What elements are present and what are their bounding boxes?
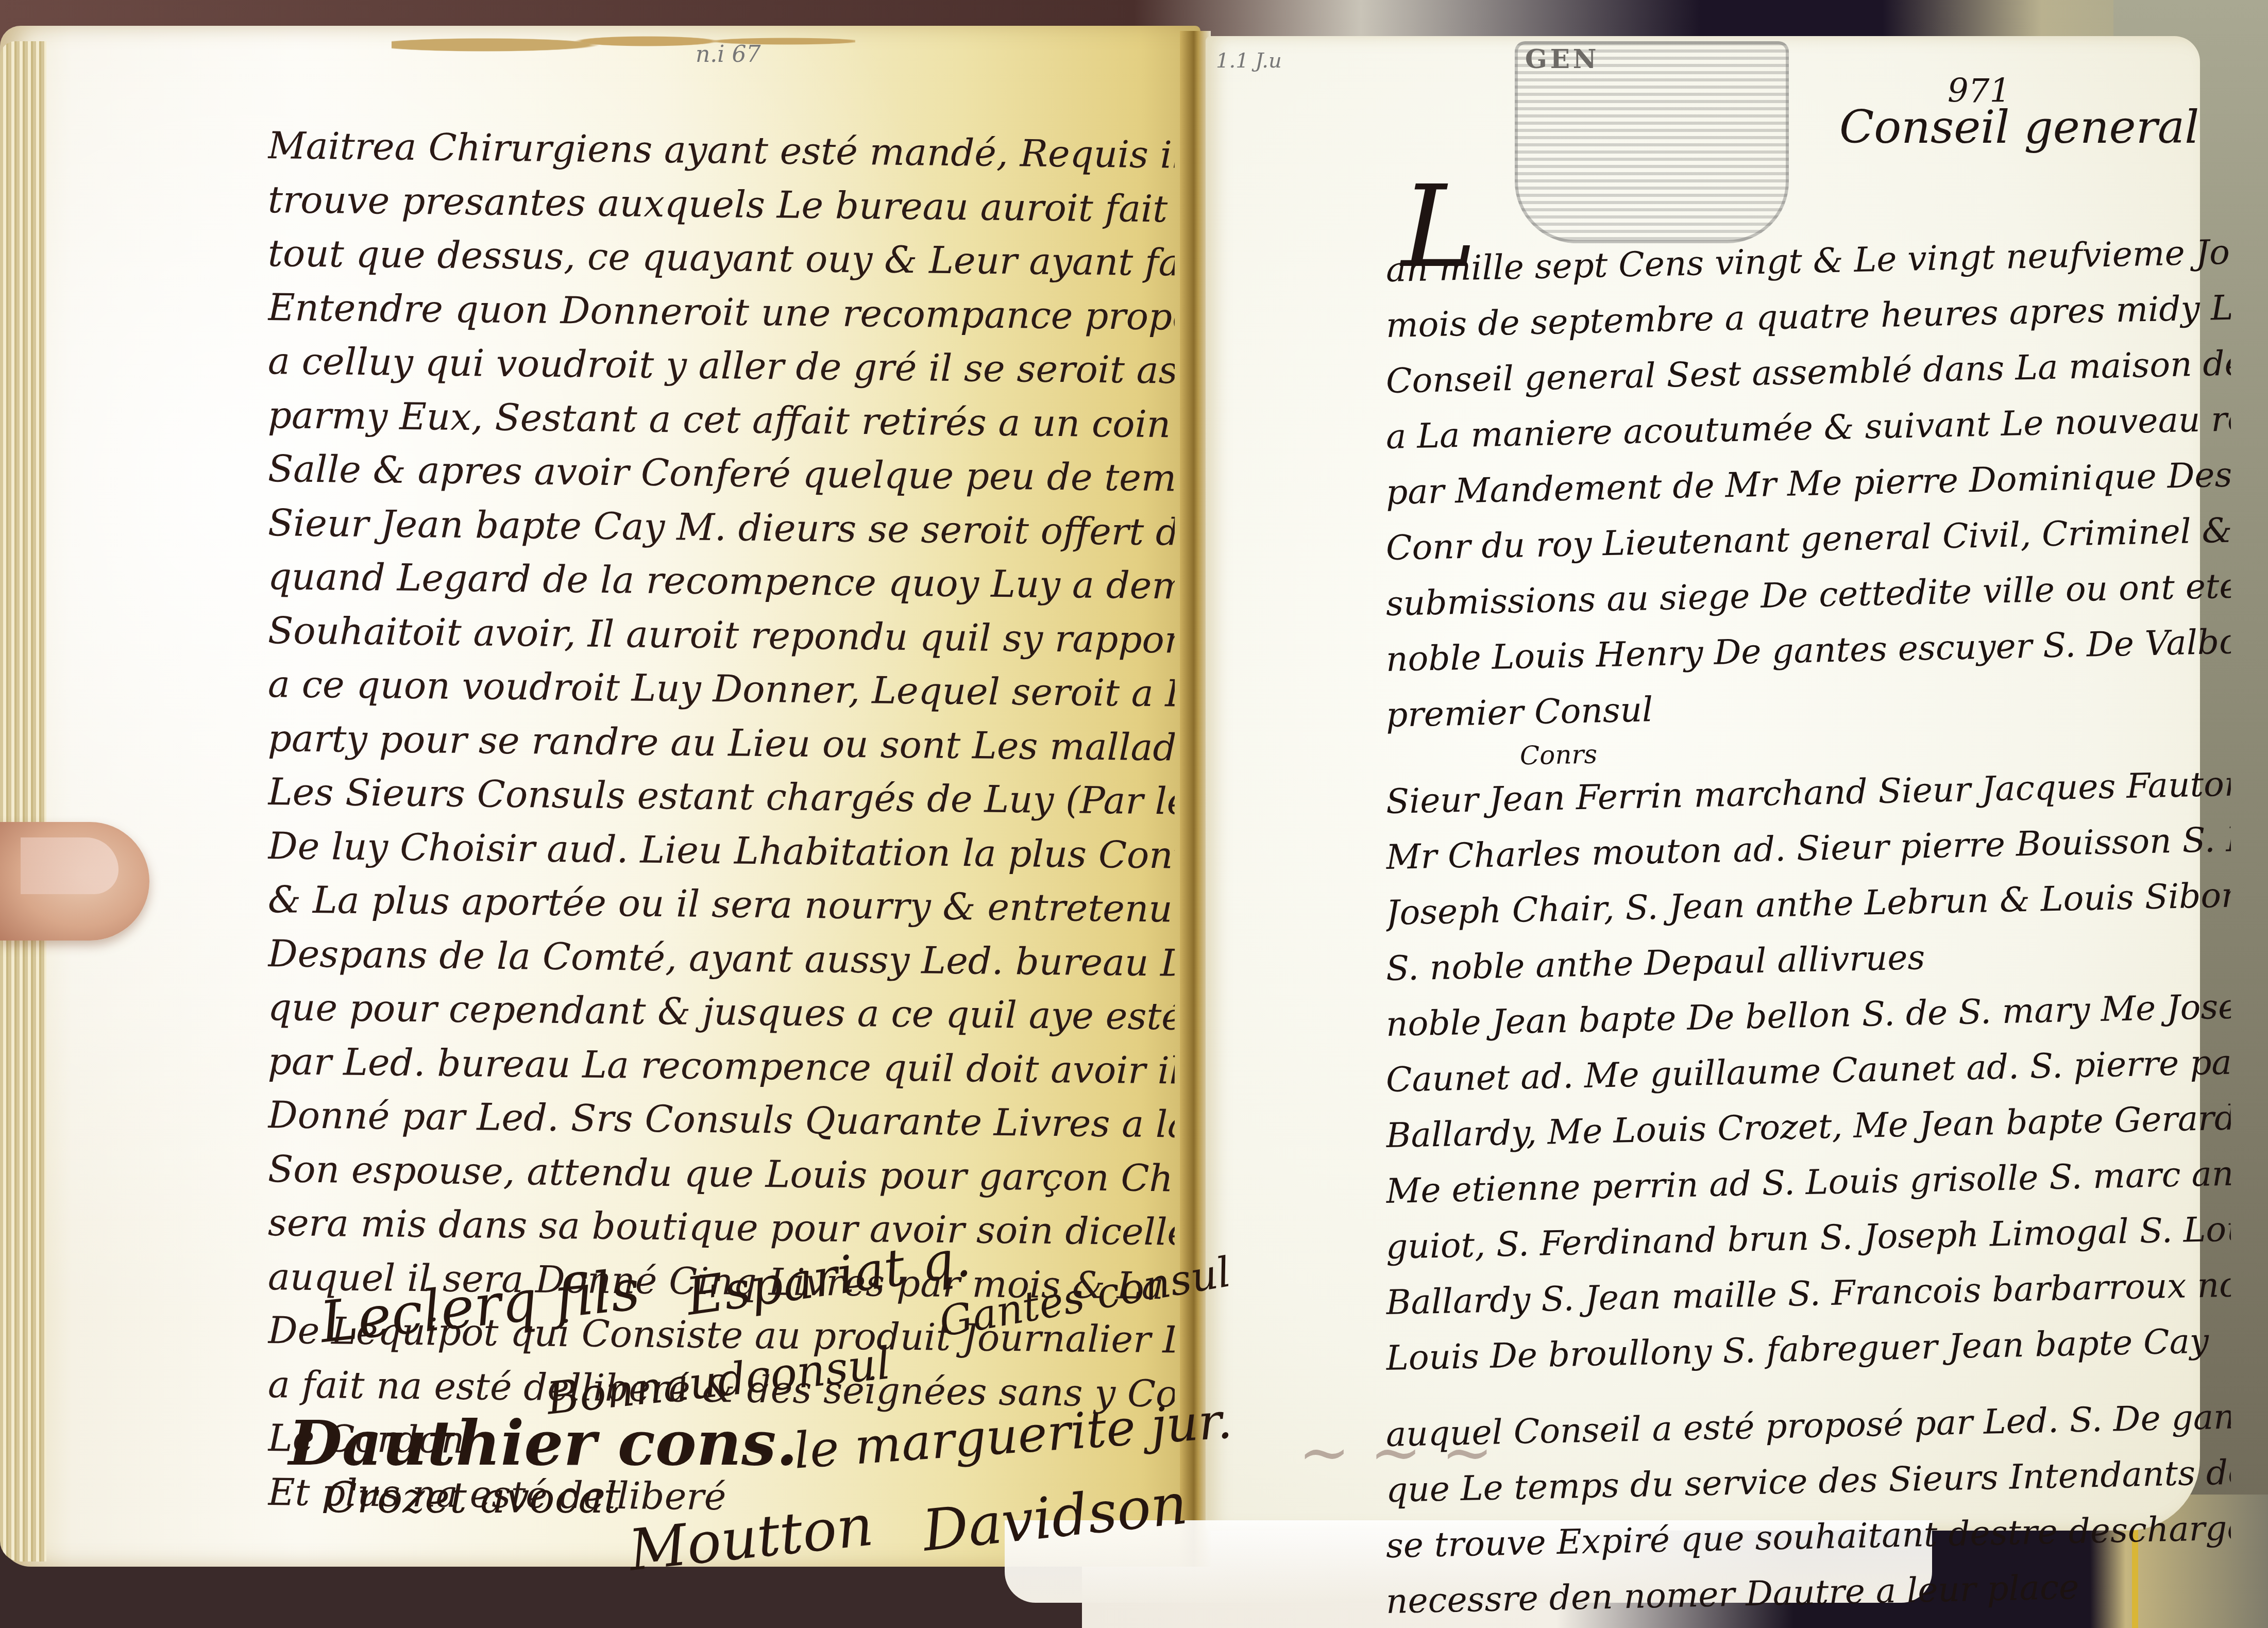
manuscript-line: tout que dessus, ce quayant ouy & Leur a…: [267, 226, 1175, 290]
manuscript-line: Entendre quon Donneroit une recompance p…: [267, 280, 1175, 344]
manuscript-line: que pour cependant & jusques a ce quil a…: [267, 980, 1175, 1044]
manuscript-line: Souhaitoit avoir, Il auroit repondu quil…: [267, 603, 1175, 667]
thumbnail-nail: [21, 837, 119, 894]
manuscript-line: & La plus aportée ou il sera nourry & en…: [267, 872, 1175, 936]
signature: Dauthier cons.: [289, 1407, 798, 1480]
manuscript-line: sera mis dans sa boutique pour avoir soi…: [267, 1196, 1175, 1259]
manuscript-line: De luy Choisir aud. Lieu Lhabitation la …: [267, 819, 1175, 882]
signature: Crozet avocat: [325, 1474, 620, 1523]
manuscript-line: quand Legard de la recompence quoy Luy a…: [267, 549, 1175, 613]
manuscript-line: parmy Eux, Sestant a cet affait retirés …: [267, 388, 1175, 451]
right-page-text: an mille sept Cens vingt & Le vingt neuf…: [1386, 242, 2231, 1628]
manuscript-line: party pour se randre au Lieu ou sont Les…: [267, 711, 1175, 775]
manuscript-line: a ce quon voudroit Luy Donner, Lequel se…: [267, 657, 1175, 720]
manuscript-line: a celluy qui voudroit y aller de gré il …: [267, 334, 1175, 397]
stamp-text: GEN: [1525, 44, 1600, 74]
manuscript-line: Salle & apres avoir Conferé quelque peu …: [267, 442, 1175, 505]
manuscript-line: Sieur Jean bapte Cay M. dieurs se seroit…: [267, 496, 1175, 559]
worm-damage-top: [392, 23, 855, 59]
right-pencil-note: 1.1 J.u: [1216, 49, 1282, 73]
manuscript-line: par Led. bureau La recompence quil doit …: [267, 1034, 1175, 1098]
manuscript-line: Son espouse, attendu que Louis pour garç…: [267, 1142, 1175, 1205]
manuscript-line: Maitrea Chirurgiens ayant esté mandé, Re…: [267, 119, 1175, 182]
reader-thumb: [0, 822, 149, 941]
page-edges-stack: [0, 41, 46, 1562]
manuscript-line: Les Sieurs Consuls estant chargés de Luy…: [267, 765, 1175, 828]
page-heading: Conseil general: [1839, 100, 2199, 154]
manuscript-line: Despans de la Comté, ayant aussy Led. bu…: [267, 927, 1175, 990]
left-pencil-note: n.i 67: [696, 41, 760, 68]
manuscript-line: Donné par Led. Srs Consuls Quarante Livr…: [267, 1088, 1175, 1151]
manuscript-line: trouve presantes auxquels Le bureau auro…: [267, 173, 1175, 236]
ink-bleed-through: ~ ~ ~: [1298, 1417, 1493, 1489]
